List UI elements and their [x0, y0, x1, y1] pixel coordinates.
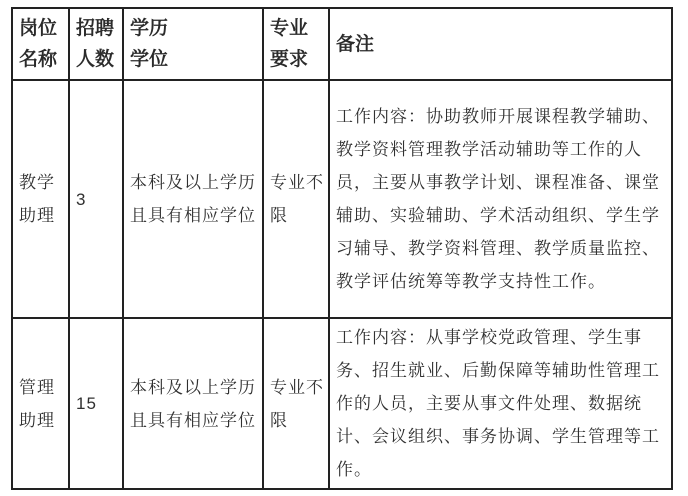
- header-education-line1: 学历: [130, 13, 260, 44]
- recruitment-table: 岗位 名称 招聘 人数 学历 学位 专业 要求 备注 教学助理 3 本科及以上: [11, 7, 673, 490]
- major-cell: 专业不限: [263, 318, 329, 489]
- header-education-line2: 学位: [130, 44, 260, 75]
- table-row: 管理助理 15 本科及以上学历且具有相应学位 专业不限 工作内容：从事学校党政管…: [12, 318, 672, 489]
- header-cell-position: 岗位 名称: [12, 8, 69, 80]
- header-remark-line1: 备注: [336, 29, 669, 60]
- header-major-line1: 专业: [270, 13, 326, 44]
- header-cell-remark: 备注: [329, 8, 672, 80]
- major-cell: 专业不限: [263, 80, 329, 318]
- remark-cell: 工作内容：从事学校党政管理、学生事务、招生就业、后勤保障等辅助性管理工作的人员，…: [329, 318, 672, 489]
- remark-cell: 工作内容：协助教师开展课程教学辅助、教学资料管理教学活动辅助等工作的人员，主要从…: [329, 80, 672, 318]
- header-position-line1: 岗位: [19, 13, 66, 44]
- header-count-line2: 人数: [76, 44, 120, 75]
- position-cell: 管理助理: [12, 318, 69, 489]
- table-header-row: 岗位 名称 招聘 人数 学历 学位 专业 要求 备注: [12, 8, 672, 80]
- table-row: 教学助理 3 本科及以上学历且具有相应学位 专业不限 工作内容：协助教师开展课程…: [12, 80, 672, 318]
- education-cell: 本科及以上学历且具有相应学位: [123, 318, 263, 489]
- count-cell: 15: [69, 318, 123, 489]
- header-cell-education: 学历 学位: [123, 8, 263, 80]
- header-cell-major: 专业 要求: [263, 8, 329, 80]
- position-cell: 教学助理: [12, 80, 69, 318]
- count-cell: 3: [69, 80, 123, 318]
- header-count-line1: 招聘: [76, 13, 120, 44]
- header-position-line2: 名称: [19, 44, 66, 75]
- header-major-line2: 要求: [270, 44, 326, 75]
- education-cell: 本科及以上学历且具有相应学位: [123, 80, 263, 318]
- header-cell-count: 招聘 人数: [69, 8, 123, 80]
